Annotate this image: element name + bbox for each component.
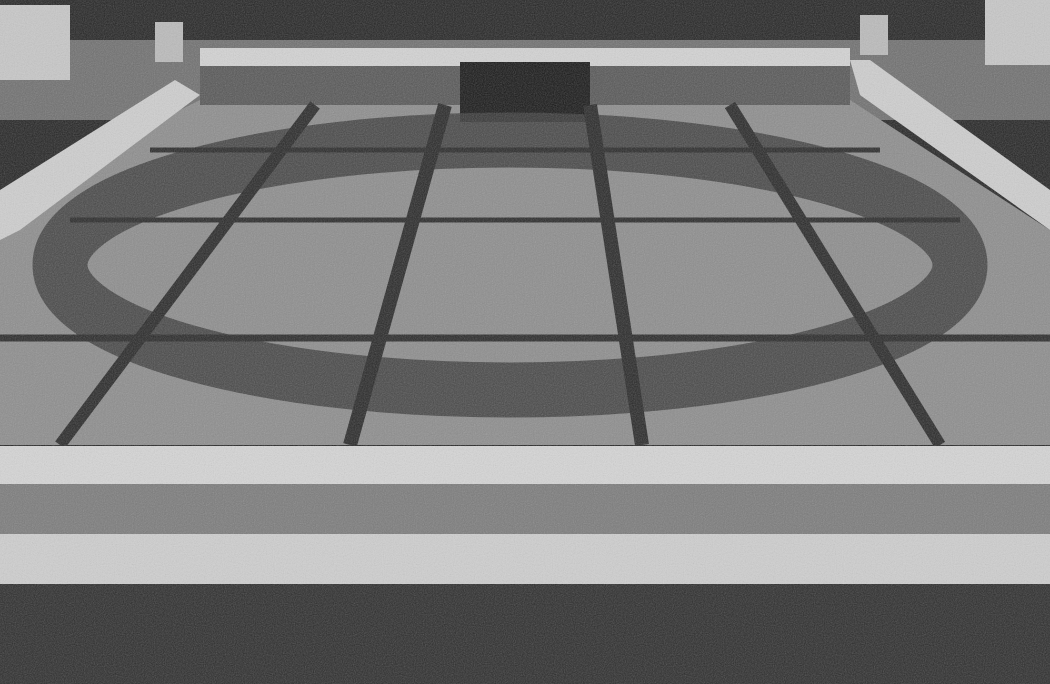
photograph [0, 0, 1050, 684]
pool-scene [0, 0, 1050, 684]
film-grain [0, 0, 1050, 684]
